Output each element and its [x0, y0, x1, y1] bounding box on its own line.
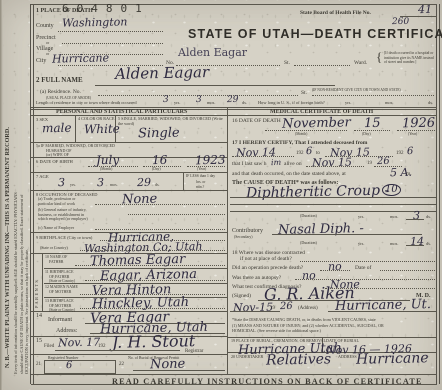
rule — [62, 43, 163, 44]
birth-month-value: July — [96, 154, 119, 166]
name-above-street-line: Alden Eagar — [178, 47, 247, 58]
mos-label-2: mos. — [385, 100, 393, 105]
margin-note-line1: Every item of information should be care… — [13, 192, 19, 374]
residence-years-value: 3 — [163, 96, 169, 105]
non-resident-note: (IF NON-RESIDENT GIVE CITY OR TOWN AND S… — [312, 88, 401, 92]
signed-label: (Signed) — [232, 293, 251, 299]
filed-label: Filed — [44, 344, 54, 350]
rule — [80, 250, 225, 251]
death-year-caption: (Year) — [408, 132, 417, 136]
residence-sublabel: (USUAL PLACE OF ABODE) — [46, 96, 91, 100]
or-label: or — [46, 41, 49, 45]
item-22: 22 — [119, 362, 124, 368]
attended-to-year-digit: 6 — [407, 147, 414, 157]
year-print-1: 192 — [296, 151, 304, 157]
certificate-stamp-number: 604801 — [62, 2, 150, 15]
rule — [265, 130, 347, 131]
age-yrs-label: yrs. — [70, 183, 76, 188]
margin-note-instructions: Every item of information should be care… — [13, 192, 30, 374]
operation-label: Did an operation precede death? — [232, 265, 303, 271]
parents-label: PARENTS — [34, 279, 39, 308]
year-print-2: 192 — [396, 151, 404, 157]
yrs-label-2: yrs. — [345, 100, 351, 105]
death-certificate-scan: N. B.—WRITE PLAINLY WITH UNFADING INK—TH… — [0, 0, 442, 390]
full-name-value: Alden Eagar — [115, 65, 209, 82]
signature-year-digits: 26 — [280, 302, 293, 312]
birth-day-value: 16 — [152, 154, 168, 166]
age-months-value: 3 — [97, 177, 104, 188]
duration-ds-label-2: ds. — [426, 241, 431, 246]
rule — [230, 211, 436, 212]
form-left-border — [30, 4, 34, 384]
registrar-signature: J. H. Stout — [112, 333, 196, 351]
day-caption: (Day) — [152, 167, 161, 171]
mos-label: mos. — [207, 100, 215, 105]
death-day-value: 15 — [364, 117, 381, 130]
age-mos-label: mos. — [110, 183, 118, 188]
disease-contracted-label2: if not at place of death? — [240, 256, 292, 262]
rule — [406, 245, 424, 246]
informant-item-no: 14 — [36, 313, 42, 320]
date-of-operation-label: Date of — [355, 265, 371, 271]
rule — [272, 234, 422, 235]
undertaker-value: Relatives — [266, 352, 331, 367]
village-label: Village — [36, 46, 53, 53]
rule — [143, 166, 181, 167]
undertaker-label: 20 UNDERTAKER — [231, 355, 263, 360]
yrs-label: yrs. — [174, 100, 180, 105]
undertaker-address-label: ADDRESS — [338, 355, 357, 360]
rule — [58, 31, 163, 32]
month-caption: (Month) — [100, 167, 112, 171]
occupation-b-label3: which employed (or employer) — [38, 217, 88, 222]
city-label: City — [36, 58, 46, 65]
autopsy-label: Was there an autopsy? — [232, 275, 281, 281]
duration-caption-1: (Duration) — [300, 214, 317, 219]
rule — [31, 374, 437, 375]
ward-label: Ward. — [354, 60, 367, 66]
death-occurred-label: and that death occurred, on the date sta… — [232, 171, 346, 177]
hrs-label: hrs. or — [196, 180, 205, 184]
county-label: County — [36, 23, 54, 30]
duration-mos-label-1: mos. — [390, 214, 398, 219]
ds-label: ds. — [242, 100, 247, 105]
cause-code-circled: 10 — [382, 184, 401, 196]
how-long-us-label: How long in U. S., if of foreign birth? — [258, 100, 325, 105]
street-label-2: St. — [301, 90, 307, 96]
margin-note-permanent-record: N. B.—WRITE PLAINLY WITH UNFADING INK—TH… — [4, 127, 11, 368]
residence-label: (a) Residence. No. — [40, 89, 81, 95]
rule — [31, 190, 227, 191]
rule — [306, 166, 364, 167]
rule — [55, 350, 180, 351]
rule — [31, 172, 227, 173]
death-day-caption: (Day) — [362, 132, 371, 136]
footnote-line1: *State the DISEASE CAUSING DEATH, or, in… — [232, 318, 376, 323]
length-of-residence-label: Length of residence in city or town wher… — [36, 100, 137, 105]
occupation-a-label2: particular kind of work — [38, 202, 75, 207]
residence-days-value: 29 — [227, 96, 239, 105]
sex-value: male — [42, 122, 72, 135]
ward-note: [If death occurred in a hospital or inst… — [384, 51, 436, 65]
wife-of-label: (or) WIFE OF — [46, 153, 69, 158]
mother-name-label2: OF MOTHER — [49, 290, 71, 294]
cause-code-value: 10 — [382, 184, 401, 196]
rule — [354, 130, 390, 131]
rule — [128, 214, 225, 215]
rule — [85, 280, 225, 281]
date-of-death-label: 16 DATE OF DEATH — [232, 118, 281, 124]
rule — [295, 279, 435, 280]
rule — [230, 197, 436, 198]
birthplace-label: 9 BIRTHPLACE (City or town) — [36, 235, 92, 240]
rule — [95, 85, 335, 86]
or-label: or — [46, 52, 49, 56]
city-value: Hurricane — [52, 52, 109, 64]
secondary-file-no: 260 — [392, 18, 409, 27]
death-year-value: 1926 — [402, 117, 435, 131]
ward-note-brace: { — [376, 50, 382, 65]
rule — [312, 95, 434, 96]
age-years-value: 3 — [58, 177, 65, 188]
residence-months-value: 3 — [196, 96, 202, 105]
min-label: min.? — [196, 185, 204, 189]
rule — [95, 204, 225, 205]
mother-bp-label3: (State or Country) — [49, 308, 75, 312]
county-value: Washington — [62, 16, 128, 28]
cell-divider — [75, 115, 76, 142]
margin-note-line3: OCCUPATION is very important. See instru… — [24, 192, 30, 374]
duration-yrs-label-1: yrs. — [358, 214, 364, 219]
age-days-value: 29 — [137, 177, 151, 188]
address-caption: (Address) — [298, 306, 318, 312]
file-no-label: State Board of Health File No. — [300, 10, 371, 16]
rule — [328, 311, 436, 312]
street-label: St. — [284, 60, 290, 66]
footer-instructions: READ CAREFULLY INSTRUCTIONS ON BACK OF C… — [112, 377, 423, 386]
time-m-label: m. — [406, 171, 412, 177]
full-name-label: 2 FULL NAME — [36, 76, 83, 84]
form-right-border — [436, 4, 440, 384]
rule — [397, 130, 435, 131]
rule — [88, 166, 138, 167]
him-value: im — [271, 159, 281, 167]
date-of-birth-label: 6 DATE OF BIRTH — [36, 159, 73, 164]
informant-address-label: Address: — [56, 328, 77, 335]
registered-number-box — [44, 360, 116, 374]
certificate-title: STATE OF UTAH—DEATH CERTIFICATE — [188, 27, 442, 41]
rule — [232, 156, 294, 157]
column-divider — [227, 107, 228, 374]
rule — [300, 261, 435, 262]
year-caption: (Year) — [197, 167, 206, 171]
contributory-label: Contributory — [232, 228, 263, 235]
death-month-value: November — [282, 116, 351, 130]
parents-strip-divider — [42, 253, 43, 311]
duration-ds-label-1: ds. — [426, 214, 431, 219]
rule — [380, 270, 435, 271]
rule — [406, 219, 424, 220]
age-label: 7 AGE — [36, 174, 49, 179]
occupation-c-label: (c) Name of Employer — [38, 226, 74, 231]
rule — [294, 65, 350, 66]
year-print-3: 19 — [367, 161, 372, 167]
file-no-value: 41 — [418, 4, 432, 15]
rule — [75, 265, 225, 266]
last-saw-label: that I last saw h — [232, 161, 267, 167]
filed-year-print: 192 — [98, 344, 106, 350]
marital-status-value: Single — [138, 127, 180, 141]
death-month-caption: (Month) — [295, 132, 307, 136]
if-less-label: IF LESS than 1 day — [186, 174, 215, 178]
filed-date-value: Nov. 17 — [58, 337, 100, 349]
registered-number-value: 6 — [66, 361, 73, 371]
ds-label-2: ds. — [428, 100, 433, 105]
rule — [230, 311, 280, 312]
rule — [230, 204, 436, 205]
duration-mos-label-2: mos. — [390, 241, 398, 246]
secondary-caption: (Secondary) — [234, 235, 253, 239]
father-name-label2: FATHER — [49, 260, 63, 264]
informant-label: Informant — [48, 317, 72, 324]
page-edge — [0, 0, 3, 390]
medical-section-title: MEDICAL CERTIFICATE OF DEATH — [270, 109, 373, 116]
birth-year-value: 1923 — [195, 154, 226, 167]
cell-divider — [183, 172, 184, 190]
duration-caption-2: (Duration) — [300, 241, 317, 246]
race-value: White — [84, 123, 120, 136]
registrar-label: Registrar — [185, 349, 203, 355]
state-caption: (State or Country) — [40, 246, 68, 250]
rule — [133, 370, 225, 371]
undertaker-address-value: Hurricane — [356, 351, 429, 367]
rule — [320, 270, 350, 271]
father-bp-label3: (State or Country) — [49, 279, 75, 283]
duration-yrs-label-2: yrs. — [358, 241, 364, 246]
age-ds-label: ds. — [155, 183, 160, 188]
item-21: 21 — [36, 362, 41, 368]
footnote-line3: HOMICIDAL. (See reverse side for additio… — [232, 329, 321, 334]
alive-on-label: alive on — [284, 161, 302, 167]
filed-item-no: 15 — [36, 338, 42, 345]
